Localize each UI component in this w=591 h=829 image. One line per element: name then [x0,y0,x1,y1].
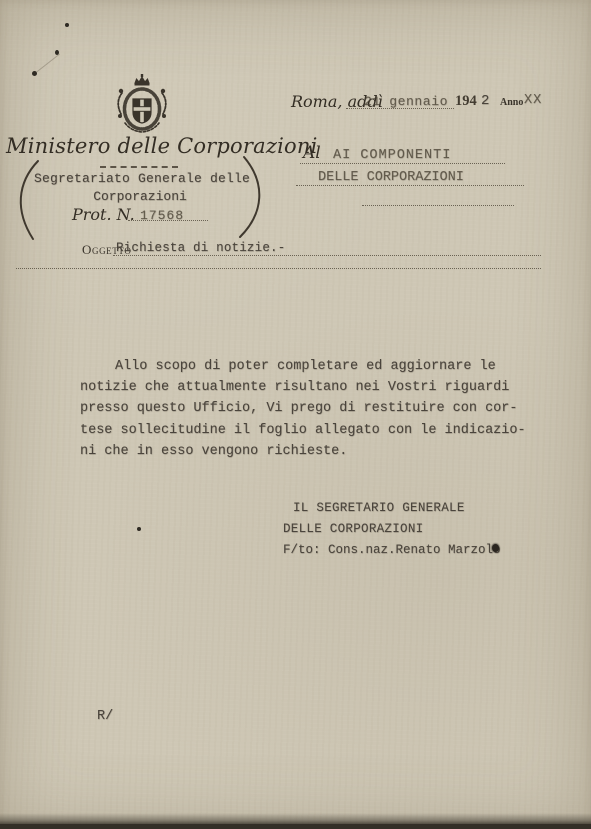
body-line: Allo scopo di poter completare ed aggior… [80,359,520,380]
office-line1: Segretariato Generale delle [34,171,250,186]
subject-value: Richiesta di notizie.- [116,241,285,255]
ink-blob [492,544,499,552]
signature-title-line1: IL SEGRETARIO GENERALE [293,501,465,515]
signature-title-line2: DELLE CORPORAZIONI [283,522,423,536]
ink-speck [65,23,69,27]
recipient-dotted-rule-3 [362,205,514,206]
prot-dotted-rule [128,220,208,221]
dateline-date-typed: 21 gennaio [364,94,448,109]
signature-name-line: F/to: Cons.naz.Renato Marzolo [283,543,501,557]
dateline-dotted-rule [346,108,454,109]
dateline-year-printed: 194 [455,93,477,110]
savoy-coat-of-arms-icon [113,73,171,135]
office-dash-rule [100,166,178,168]
typist-reference: R/ [97,709,113,724]
recipient-line1: AI COMPONENTI [333,148,451,163]
paper-scratch [36,54,60,73]
ink-speck [137,527,141,531]
dateline-era-label: Anno [500,97,523,108]
subject-dotted-rule [113,255,541,256]
dateline-year-typed: 2 [481,93,489,109]
subject-dotted-rule-2 [16,268,541,269]
body-line: notizie che attualmente risultano nei Vo… [80,380,520,401]
letter-page: Roma, addì 21 gennaio 194 2 Anno XX Mini… [0,0,591,829]
body-line: presso questo Ufficio, Vi prego di resti… [80,401,520,422]
dateline-era-value: XX [524,93,542,108]
prot-label: Prot. N. [72,205,135,224]
recipient-dotted-rule-1 [300,163,505,164]
recipient-to-label: Al [303,143,321,163]
body-line: ni che in esso vengono richieste. [80,444,520,465]
recipient-line2: DELLE CORPORAZIONI [318,170,464,185]
scan-edge [0,824,591,829]
body-line: tese sollecitudine il foglio allegato co… [80,423,520,444]
office-line2: Corporazioni [34,189,246,204]
letter-body: Allo scopo di poter completare ed aggior… [80,359,520,465]
recipient-dotted-rule-2 [296,185,524,186]
